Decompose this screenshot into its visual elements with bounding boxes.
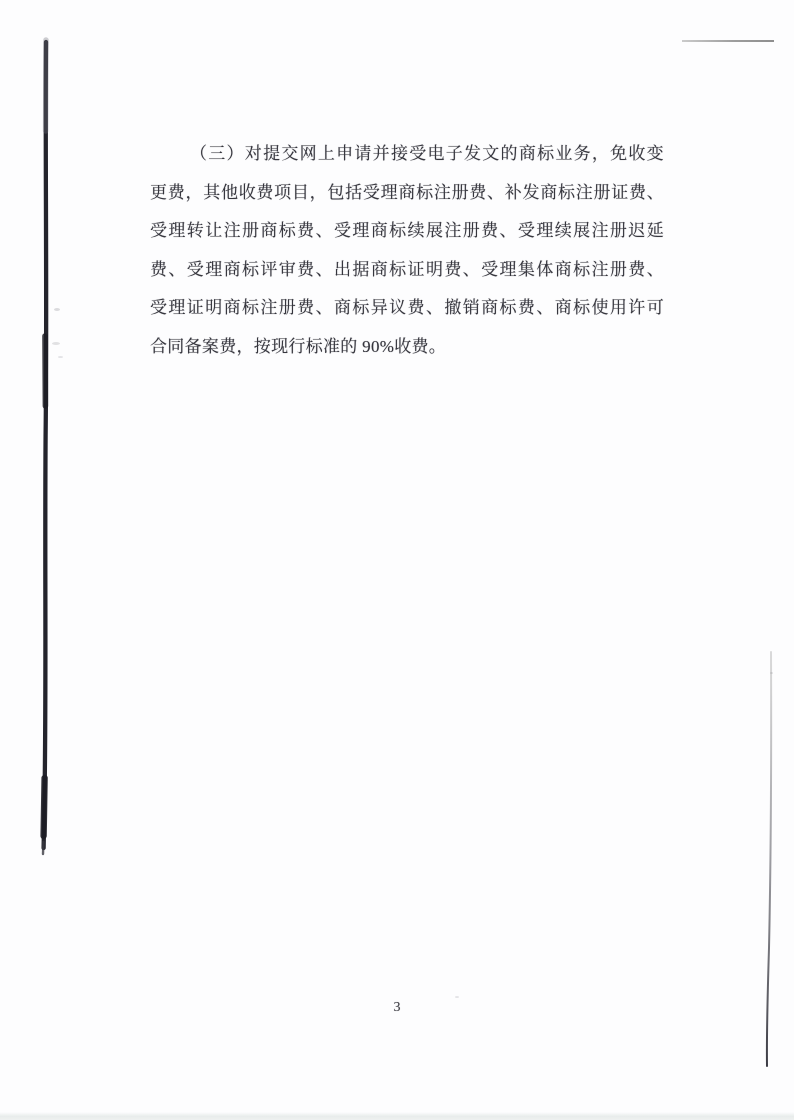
page-number: 3: [0, 1000, 794, 1016]
paragraph-line: 费、受理商标评审费、出据商标证明费、受理集体商标注册费、: [150, 251, 664, 290]
scan-speck: [770, 672, 773, 674]
scan-speck: [52, 342, 60, 345]
body-paragraph: （三）对提交网上申请并接受电子发文的商标业务，免收变 更费，其他收费项目，包括受…: [150, 135, 664, 367]
paragraph-line: 受理转让注册商标费、受理商标续展注册费、受理续展注册迟延: [150, 212, 664, 251]
scan-speck: [58, 356, 63, 358]
scan-speck: [54, 308, 60, 311]
paragraph-line: 受理证明商标注册费、商标异议费、撤销商标费、商标使用许可: [150, 289, 664, 328]
scan-speck: [455, 996, 459, 998]
paragraph-line: （三）对提交网上申请并接受电子发文的商标业务，免收变: [150, 135, 664, 174]
top-right-scan-line: [682, 40, 774, 42]
left-binding-scan-mark: [34, 36, 58, 860]
scanned-page: （三）对提交网上申请并接受电子发文的商标业务，免收变 更费，其他收费项目，包括受…: [0, 0, 794, 1120]
bottom-scan-edge: [0, 1112, 794, 1120]
paragraph-line: 更费，其他收费项目，包括受理商标注册费、补发商标注册证费、: [150, 174, 664, 213]
paragraph-line: 合同备案费，按现行标准的 90%收费。: [150, 328, 664, 367]
